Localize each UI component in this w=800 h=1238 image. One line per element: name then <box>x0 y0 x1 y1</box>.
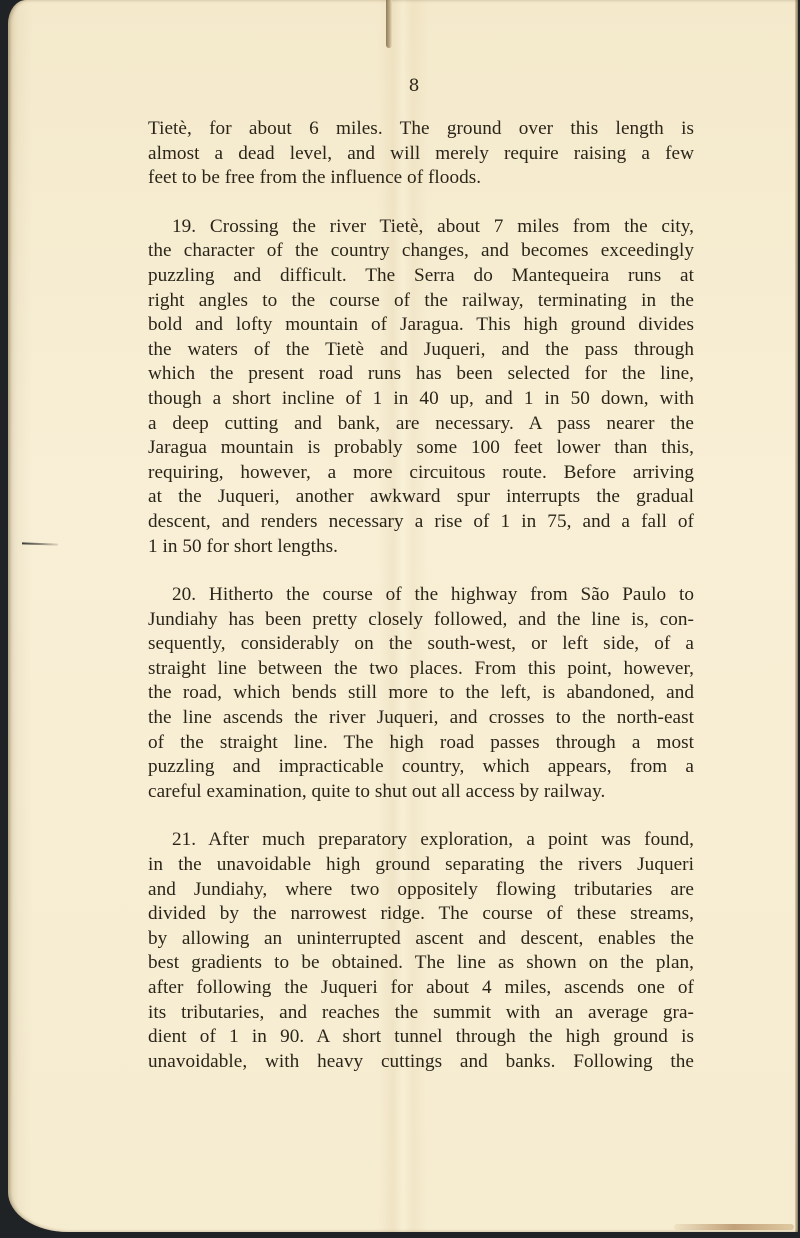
text-line: the road, which bends still more to the … <box>148 681 694 706</box>
text-line: puzzling and impracticable country, whic… <box>148 755 694 780</box>
text-line: divided by the narrowest ridge. The cour… <box>148 902 694 927</box>
text-line: Tietè, for about 6 miles. The ground ove… <box>148 117 694 142</box>
text-line: requiring, however, a more circuitous ro… <box>148 461 694 486</box>
paper-stain <box>674 1224 794 1230</box>
text-line: 21. After much preparatory exploration, … <box>148 828 694 853</box>
text-line: of the straight line. The high road pass… <box>148 731 694 756</box>
text-line: Jaragua mountain is probably some 100 fe… <box>148 436 694 461</box>
text-line: and Jundiahy, where two oppositely flowi… <box>148 878 694 903</box>
paragraph-21: 21. After much preparatory exploration, … <box>148 828 694 1074</box>
text-line: bold and lofty mountain of Jaragua. This… <box>148 313 694 338</box>
text-line: feet to be free from the influence of fl… <box>148 166 694 191</box>
text-line: 20. Hitherto the course of the highway f… <box>148 583 694 608</box>
paragraph-continuation: Tietè, for about 6 miles. The ground ove… <box>148 117 694 191</box>
text-line: in the unavoidable high ground separatin… <box>148 853 694 878</box>
body-text: Tietè, for about 6 miles. The ground ove… <box>148 117 694 1074</box>
text-line: puzzling and difficult. The Serra do Man… <box>148 264 694 289</box>
text-line: best gradients to be obtained. The line … <box>148 951 694 976</box>
paragraph-20: 20. Hitherto the course of the highway f… <box>148 583 694 804</box>
text-line: 19. Crossing the river Tietè, about 7 mi… <box>148 215 694 240</box>
text-line: descent, and renders necessary a rise of… <box>148 510 694 535</box>
text-line: unavoidable, with heavy cuttings and ban… <box>148 1050 694 1075</box>
paragraph-19: 19. Crossing the river Tietè, about 7 mi… <box>148 215 694 559</box>
text-line: Jundiahy has been pretty closely followe… <box>148 608 694 633</box>
text-line: by allowing an uninterrupted ascent and … <box>148 927 694 952</box>
text-line: at the Juqueri, another awkward spur int… <box>148 485 694 510</box>
page-edge <box>795 0 798 1232</box>
text-line: almost a dead level, and will merely req… <box>148 142 694 167</box>
text-line: its tributaries, and reaches the summit … <box>148 1001 694 1026</box>
text-line: a deep cutting and bank, are necessary. … <box>148 412 694 437</box>
paper-tear-mark <box>22 542 58 545</box>
text-line: the character of the country changes, an… <box>148 239 694 264</box>
text-line: sequently, considerably on the south-wes… <box>148 632 694 657</box>
text-line: though a short incline of 1 in 40 up, an… <box>148 387 694 412</box>
text-line: straight line between the two places. Fr… <box>148 657 694 682</box>
text-line: which the present road runs has been sel… <box>148 362 694 387</box>
paper-fold-mark <box>386 0 392 48</box>
text-line: the waters of the Tietè and Juqueri, and… <box>148 338 694 363</box>
text-line: after following the Juqueri for about 4 … <box>148 976 694 1001</box>
text-line: 1 in 50 for short lengths. <box>148 535 694 560</box>
text-line: dient of 1 in 90. A short tunnel through… <box>148 1025 694 1050</box>
page-number: 8 <box>14 76 800 96</box>
text-line: right angles to the course of the railwa… <box>148 289 694 314</box>
text-line: the line ascends the river Juqueri, and … <box>148 706 694 731</box>
text-line: careful examination, quite to shut out a… <box>148 780 694 805</box>
